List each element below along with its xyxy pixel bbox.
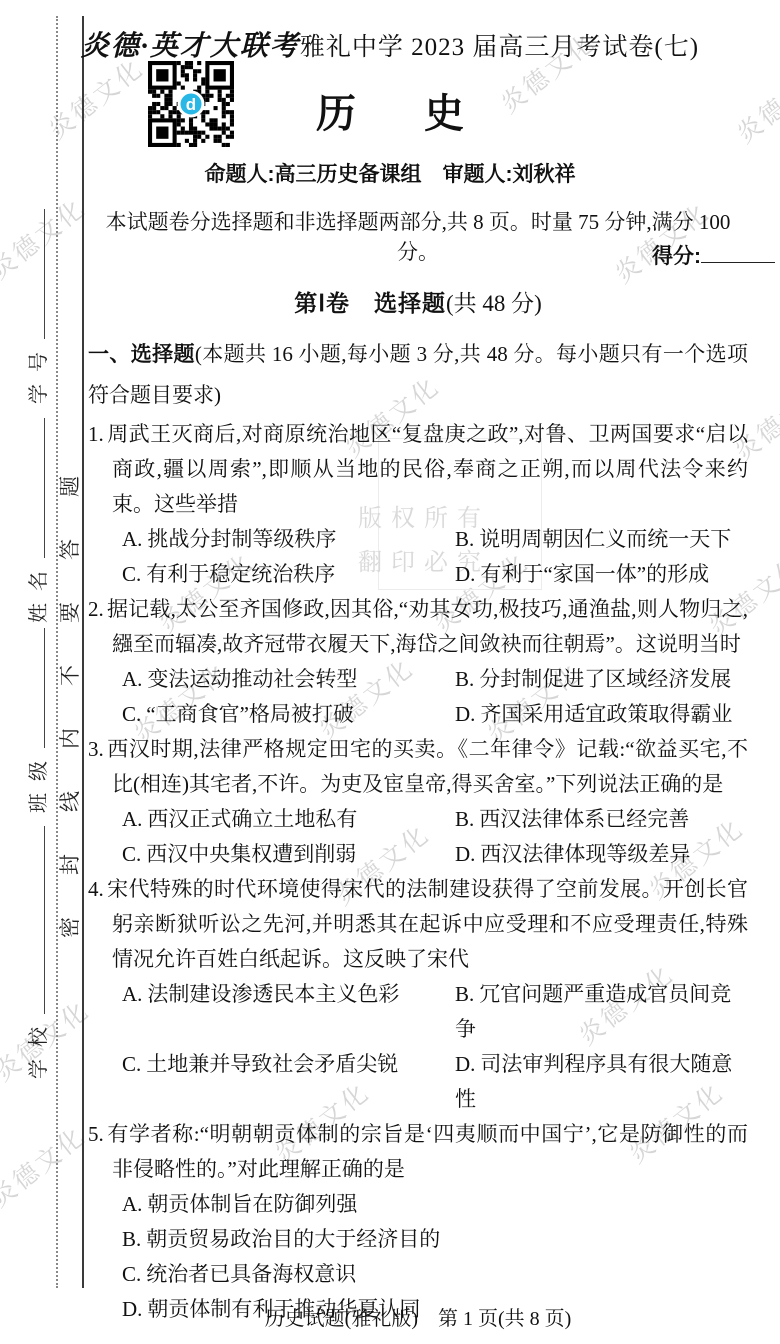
option-label: A. [122, 982, 142, 1006]
question-stem: 2.据记载,太公至齐国修政,因其俗,“劝其女功,极技巧,通渔盐,则人物归之,繦至… [112, 592, 748, 662]
option-label: A. [122, 527, 142, 551]
option-label: B. [455, 527, 474, 551]
option-D: D.齐国采用适宜政策取得霸业 [455, 697, 748, 732]
exam-title: 雅礼中学 2023 届高三月考试卷(七) [300, 34, 699, 61]
option-C: C.“工商食官”格局被打破 [122, 697, 455, 732]
seal-warning-text: 密封线内不要答题 [54, 418, 84, 938]
name-fill-line [31, 418, 45, 558]
option-text: 西汉法律体系已经完善 [479, 807, 689, 831]
option-label: B. [455, 667, 474, 691]
student-id-fill-line [31, 209, 45, 339]
class-label: 班级 [28, 749, 50, 813]
question-stem: 4.宋代特殊的时代环境使得宋代的法制建设获得了空前发展。开创长官躬亲断狱听讼之先… [112, 872, 748, 977]
option-text: “工商食官”格局被打破 [146, 702, 354, 726]
question-stem: 5.有学者称:“明朝朝贡体制的宗旨是‘四夷顺而中国宁’,它是防御性的而非侵略性的… [112, 1117, 748, 1187]
option-text: 有利于稳定统治秩序 [146, 562, 335, 586]
question-text: 有学者称:“明朝朝贡体制的宗旨是‘四夷顺而中国宁’,它是防御性的而非侵略性的。”… [107, 1122, 748, 1181]
question-text: 西汉时期,法律严格规定田宅的买卖。《二年律令》记载:“欲益买宅,不比(相连)其宅… [107, 737, 748, 796]
question-options: A.法制建设渗透民本主义色彩B.冗官问题严重造成官员间竞争C.土地兼并导致社会矛… [122, 977, 748, 1117]
option-label: D. [455, 842, 475, 866]
option-label: A. [122, 1192, 142, 1216]
option-label: D. [455, 562, 475, 586]
question-text: 周武王灭商后,对商原统治地区“复盘庚之政”,对鲁、卫两国要求“启以商政,疆以周索… [107, 422, 748, 516]
option-text: 朝贡体制旨在防御列强 [147, 1192, 357, 1216]
score-line: 得分: [652, 240, 775, 270]
option-text: 齐国采用适宜政策取得霸业 [480, 702, 732, 726]
student-id-label: 学号 [28, 340, 50, 404]
exam-page: 炎德文化炎德文化炎德文化炎德文化炎德文化炎德文化炎德文化炎德文化炎德文化炎德文化… [0, 0, 780, 1344]
question-number: 4. [88, 877, 104, 901]
option-C: C.土地兼并导致社会矛盾尖锐 [122, 1047, 455, 1117]
option-text: 冗官问题严重造成官员间竞争 [455, 982, 731, 1041]
option-text: 有利于“家国一体”的形成 [480, 562, 709, 586]
section-title-rest: (共 48 分) [446, 291, 542, 316]
seal-field-student-id: 学号 [22, 208, 48, 404]
option-label: A. [122, 667, 142, 691]
question-3: 3.西汉时期,法律严格规定田宅的买卖。《二年律令》记载:“欲益买宅,不比(相连)… [112, 732, 748, 872]
question-number: 2. [88, 597, 104, 621]
brand-name: 炎德·英才大联考 [81, 31, 300, 62]
question-options: A.挑战分封制等级秩序B.说明周朝因仁义而统一天下C.有利于稳定统治秩序D.有利… [122, 522, 748, 592]
option-label: D. [455, 1052, 475, 1076]
diagonal-watermark: 炎德文化 [0, 1117, 92, 1214]
section-title-bold: 第Ⅰ卷 选择题 [294, 290, 446, 316]
class-fill-line [31, 628, 45, 748]
option-label: A. [122, 807, 142, 831]
exam-header-title: 炎德·英才大联考雅礼中学 2023 届高三月考试卷(七) [0, 24, 780, 64]
option-text: 统治者已具备海权意识 [146, 1262, 356, 1286]
question-options: A.变法运动推动社会转型B.分封制促进了区域经济发展C.“工商食官”格局被打破D… [122, 662, 748, 732]
option-label: B. [455, 982, 474, 1006]
main-content: 一、选择题(本题共 16 小题,每小题 3 分,共 48 分。每小题只有一个选项… [88, 334, 748, 1327]
option-text: 说明周朝因仁义而统一天下 [479, 527, 731, 551]
option-A: A.朝贡体制旨在防御列强 [122, 1187, 748, 1222]
option-text: 变法运动推动社会转型 [147, 667, 357, 691]
option-A: A.挑战分封制等级秩序 [122, 522, 455, 557]
page-footer: 历史试题(雅礼版) 第 1 页(共 8 页) [88, 1302, 748, 1331]
question-text: 宋代特殊的时代环境使得宋代的法制建设获得了空前发展。开创长官躬亲断狱听讼之先河,… [107, 877, 748, 971]
option-text: 西汉中央集权遭到削弱 [146, 842, 356, 866]
option-label: D. [455, 702, 475, 726]
option-text: 西汉正式确立土地私有 [147, 807, 357, 831]
seal-field-name: 姓名 [22, 417, 48, 623]
option-label: C. [122, 1052, 141, 1076]
school-fill-line [31, 826, 45, 1014]
subject-char-2: 史 [424, 92, 464, 136]
option-D: D.西汉法律体现等级差异 [455, 837, 748, 872]
question-text: 据记载,太公至齐国修政,因其俗,“劝其女功,极技巧,通渔盐,则人物归之,繦至而辐… [107, 597, 748, 656]
option-D: D.司法审判程序具有很大随意性 [455, 1047, 748, 1117]
question-stem: 1.周武王灭商后,对商原统治地区“复盘庚之政”,对鲁、卫两国要求“启以商政,疆以… [112, 417, 748, 522]
question-number: 5. [88, 1122, 104, 1146]
option-text: 法制建设渗透民本主义色彩 [147, 982, 399, 1006]
option-B: B.分封制促进了区域经济发展 [455, 662, 748, 697]
school-label: 学校 [28, 1015, 50, 1079]
option-label: B. [455, 807, 474, 831]
option-text: 土地兼并导致社会矛盾尖锐 [146, 1052, 398, 1076]
option-A: A.西汉正式确立土地私有 [122, 802, 455, 837]
option-label: C. [122, 702, 141, 726]
name-label: 姓名 [28, 559, 50, 623]
question-stem: 3.西汉时期,法律严格规定田宅的买卖。《二年律令》记载:“欲益买宅,不比(相连)… [112, 732, 748, 802]
option-text: 分封制促进了区域经济发展 [479, 667, 731, 691]
question-2: 2.据记载,太公至齐国修政,因其俗,“劝其女功,极技巧,通渔盐,则人物归之,繦至… [112, 592, 748, 732]
option-B: B.说明周朝因仁义而统一天下 [455, 522, 748, 557]
option-text: 朝贡贸易政治目的大于经济目的 [146, 1227, 440, 1251]
option-label: B. [122, 1227, 141, 1251]
option-C: C.有利于稳定统治秩序 [122, 557, 455, 592]
exam-info: 本试题卷分选择题和非选择题两部分,共 8 页。时量 75 分钟,满分 100 分… [88, 206, 748, 266]
option-D: D.有利于“家国一体”的形成 [455, 557, 748, 592]
option-C: C.统治者已具备海权意识 [122, 1257, 748, 1292]
option-A: A.法制建设渗透民本主义色彩 [122, 977, 455, 1047]
option-B: B.西汉法律体系已经完善 [455, 802, 748, 837]
option-A: A.变法运动推动社会转型 [122, 662, 455, 697]
option-label: C. [122, 842, 141, 866]
question-1: 1.周武王灭商后,对商原统治地区“复盘庚之政”,对鲁、卫两国要求“启以商政,疆以… [112, 417, 748, 592]
option-text: 西汉法律体现等级差异 [480, 842, 690, 866]
question-options: A.西汉正式确立土地私有B.西汉法律体系已经完善C.西汉中央集权遭到削弱D.西汉… [122, 802, 748, 872]
option-C: C.西汉中央集权遭到削弱 [122, 837, 455, 872]
option-B: B.朝贡贸易政治目的大于经济目的 [122, 1222, 748, 1257]
subject-title: 历史 [0, 82, 780, 139]
question-number: 1. [88, 422, 104, 446]
setters-line: 命题人:高三历史备课组 审题人:刘秋祥 [0, 158, 780, 188]
question-4: 4.宋代特殊的时代环境使得宋代的法制建设获得了空前发展。开创长官躬亲断狱听讼之先… [112, 872, 748, 1117]
question-5: 5.有学者称:“明朝朝贡体制的宗旨是‘四夷顺而中国宁’,它是防御性的而非侵略性的… [112, 1117, 748, 1327]
option-B: B.冗官问题严重造成官员间竞争 [455, 977, 748, 1047]
option-label: C. [122, 1262, 141, 1286]
score-label: 得分: [652, 245, 701, 268]
questions: 1.周武王灭商后,对商原统治地区“复盘庚之政”,对鲁、卫两国要求“启以商政,疆以… [88, 417, 748, 1327]
choice-intro-bold: 一、选择题 [88, 343, 195, 366]
section-title: 第Ⅰ卷 选择题(共 48 分) [88, 285, 748, 318]
choice-intro: 一、选择题(本题共 16 小题,每小题 3 分,共 48 分。每小题只有一个选项… [88, 334, 748, 415]
option-text: 司法审判程序具有很大随意性 [455, 1052, 732, 1111]
option-label: C. [122, 562, 141, 586]
question-number: 3. [88, 737, 104, 761]
subject-char-1: 历 [316, 92, 356, 136]
seal-field-school: 学校 [22, 823, 48, 1079]
score-fill-line [701, 244, 775, 263]
option-text: 挑战分封制等级秩序 [147, 527, 336, 551]
seal-field-class: 班级 [22, 627, 48, 813]
